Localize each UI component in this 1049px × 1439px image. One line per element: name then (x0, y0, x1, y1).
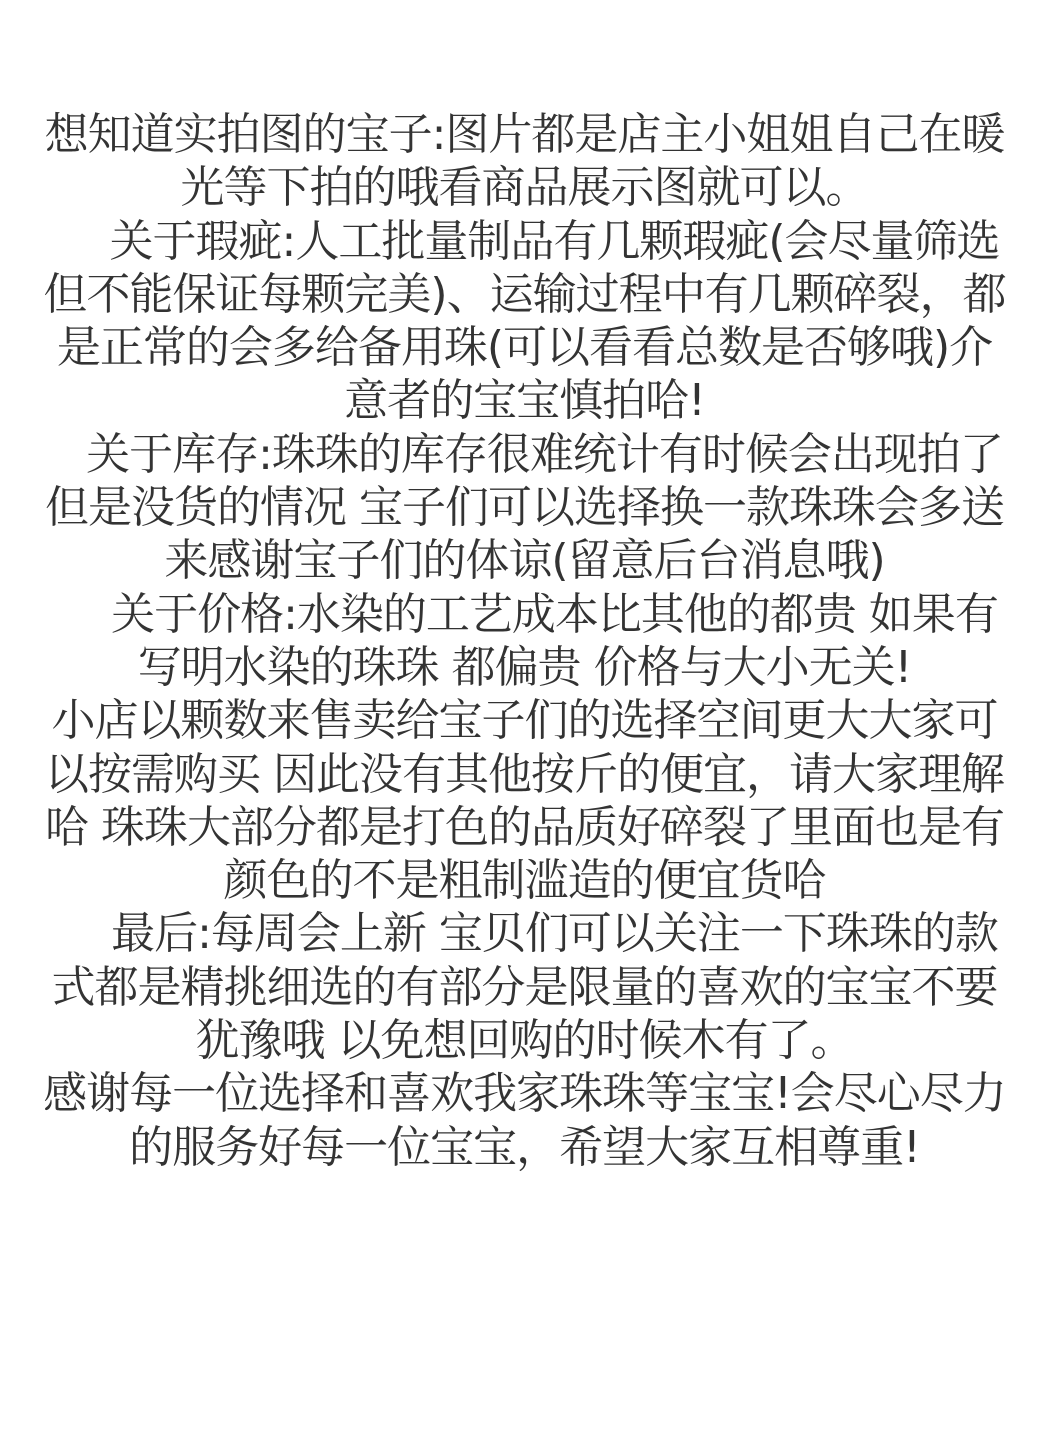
paragraph-finally: 最后:每周会上新 宝贝们可以关注一下珠珠的款 式都是精挑细选的有部分是限量的喜欢… (0, 907, 1049, 1067)
paragraph-thanks: 感谢每一位选择和喜欢我家珠珠等宝宝!会尽心尽力 的服务好每一位宝宝，希望大家互相… (0, 1067, 1049, 1174)
paragraph-per-bead-sales: 小店以颗数来售卖给宝子们的选择空间更大大家可 以按需购买 因此没有其他按斤的便宜… (0, 694, 1049, 907)
text-line: 但不能保证每颗完美)、运输过程中有几颗碎裂，都 (0, 268, 1049, 321)
paragraph-stock: 关于库存:珠珠的库存很难统计有时候会出现拍了 但是没货的情况 宝子们可以选择换一… (0, 428, 1049, 588)
text-line: 关于瑕疵:人工批量制品有几颗瑕疵(会尽量筛选 (0, 215, 1049, 268)
text-line: 哈 珠珠大部分都是打色的品质好碎裂了里面也是有 (0, 801, 1049, 854)
text-line: 关于价格:水染的工艺成本比其他的都贵 如果有 (0, 588, 1049, 641)
text-line: 式都是精挑细选的有部分是限量的喜欢的宝宝不要 (0, 961, 1049, 1014)
paragraph-flaws: 关于瑕疵:人工批量制品有几颗瑕疵(会尽量筛选 但不能保证每颗完美)、运输过程中有… (0, 215, 1049, 428)
shop-notice: 想知道实拍图的宝子:图片都是店主小姐姐自己在暖 光等下拍的哦看商品展示图就可以。… (0, 108, 1049, 1174)
text-line: 光等下拍的哦看商品展示图就可以。 (0, 161, 1049, 214)
text-line: 写明水染的珠珠 都偏贵 价格与大小无关! (0, 641, 1049, 694)
text-line: 意者的宝宝慎拍哈! (0, 374, 1049, 427)
text-line: 以按需购买 因此没有其他按斤的便宜，请大家理解 (0, 748, 1049, 801)
text-line: 犹豫哦 以免想回购的时候木有了。 (0, 1014, 1049, 1067)
text-line: 来感谢宝子们的体谅(留意后台消息哦) (0, 534, 1049, 587)
text-line: 的服务好每一位宝宝，希望大家互相尊重! (0, 1121, 1049, 1174)
text-line: 颜色的不是粗制滥造的便宜货哈 (0, 854, 1049, 907)
text-line: 但是没货的情况 宝子们可以选择换一款珠珠会多送 (0, 481, 1049, 534)
text-line: 关于库存:珠珠的库存很难统计有时候会出现拍了 (0, 428, 1049, 481)
text-line: 想知道实拍图的宝子:图片都是店主小姐姐自己在暖 (0, 108, 1049, 161)
paragraph-photos: 想知道实拍图的宝子:图片都是店主小姐姐自己在暖 光等下拍的哦看商品展示图就可以。 (0, 108, 1049, 215)
text-line: 小店以颗数来售卖给宝子们的选择空间更大大家可 (0, 694, 1049, 747)
text-line: 感谢每一位选择和喜欢我家珠珠等宝宝!会尽心尽力 (0, 1067, 1049, 1120)
text-line: 最后:每周会上新 宝贝们可以关注一下珠珠的款 (0, 907, 1049, 960)
text-line: 是正常的会多给备用珠(可以看看总数是否够哦)介 (0, 321, 1049, 374)
paragraph-price: 关于价格:水染的工艺成本比其他的都贵 如果有 写明水染的珠珠 都偏贵 价格与大小… (0, 588, 1049, 695)
